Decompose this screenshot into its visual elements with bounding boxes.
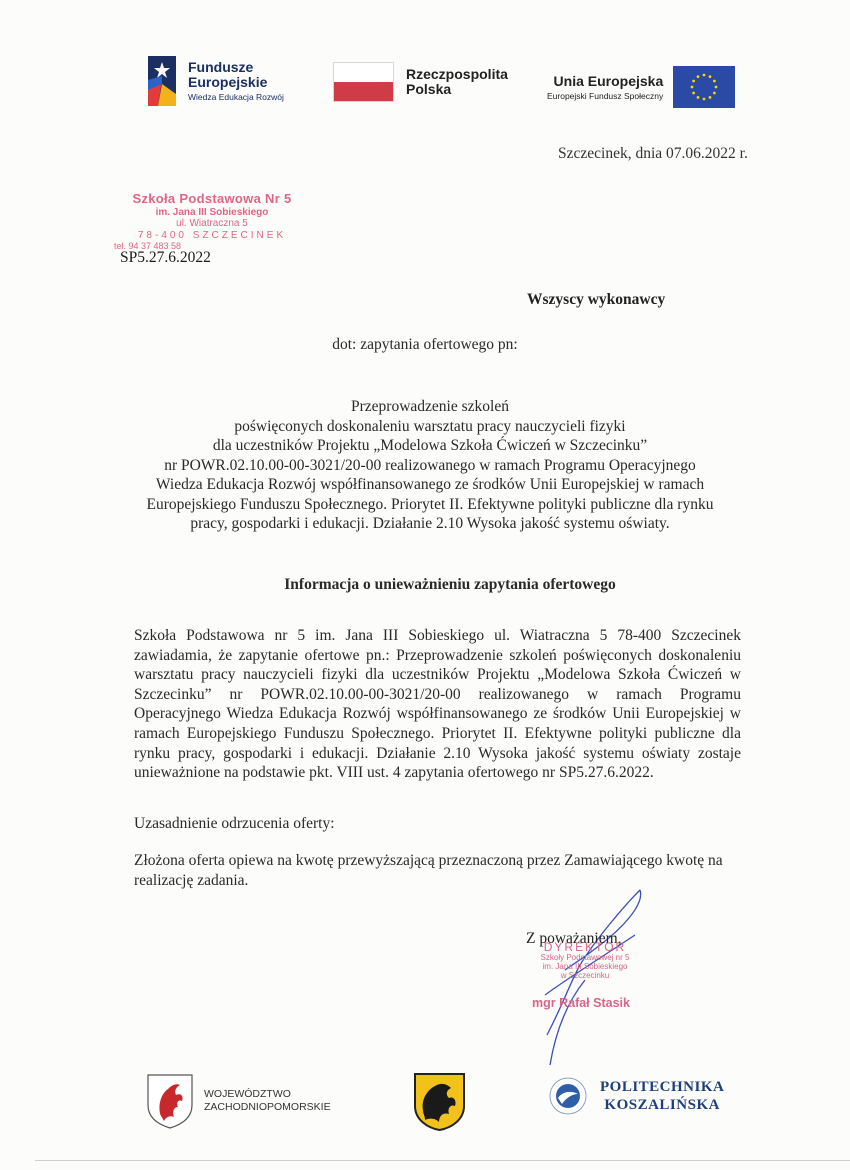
director-stamp: DYREKTOR Szkoły Podstawowej nr 5 im. Jan…	[520, 941, 650, 981]
wz-line2: ZACHODNIOPOMORSKIE	[204, 1101, 331, 1114]
fe-line1: Fundusze	[188, 60, 284, 75]
wojewodztwo-logo: WOJEWÓDZTWO ZACHODNIOPOMORSKIE	[146, 1073, 331, 1129]
griffin-shield-icon	[146, 1073, 194, 1129]
eu-flag-icon	[673, 66, 735, 108]
signer-name: mgr Rafał Stasik	[532, 996, 630, 1010]
fundusze-europejskie-icon	[148, 56, 176, 106]
fundusze-europejskie-logo: Fundusze Europejskie Wiedza Edukacja Roz…	[148, 56, 284, 106]
ue-line2: Europejski Fundusz Społeczny	[547, 91, 663, 101]
rp-line2: Polska	[406, 82, 508, 97]
stamp-street: ul. Wiatraczna 5	[112, 218, 312, 230]
unia-europejska-logo: Unia Europejska Europejski Fundusz Społe…	[547, 66, 735, 108]
subject-line: dla uczestników Projektu „Modelowa Szkoł…	[120, 436, 740, 456]
date-line: Szczecinek, dnia 07.06.2022 r.	[558, 145, 748, 163]
school-stamp: Szkoła Podstawowa Nr 5 im. Jana III Sobi…	[112, 192, 312, 252]
stamp-patron: im. Jana III Sobieskiego	[112, 207, 312, 219]
subject-line: Przeprowadzenie szkoleń	[120, 397, 740, 417]
pk-line1: POLITECHNIKA	[600, 1078, 724, 1096]
politechnika-emblem-icon	[548, 1076, 588, 1116]
subject-line: poświęconych doskonaleniu warsztatu prac…	[120, 417, 740, 437]
rp-line1: Rzeczpospolita	[406, 67, 508, 82]
subject-line: nr POWR.02.10.00-00-3021/20-00 realizowa…	[120, 456, 740, 476]
subject-intro: dot: zapytania ofertowego pn:	[0, 336, 850, 354]
addressee: Wszyscy wykonawcy	[527, 291, 665, 309]
document-page: Fundusze Europejskie Wiedza Edukacja Roz…	[0, 0, 850, 1170]
fe-line3: Wiedza Edukacja Rozwój	[188, 93, 284, 102]
subject-line: Wiedza Edukacja Rozwój współfinansowaneg…	[120, 475, 740, 495]
subject-line: pracy, gospodarki i edukacji. Działanie …	[120, 514, 740, 534]
rzeczpospolita-polska-logo: Rzeczpospolita Polska	[333, 62, 508, 102]
body-paragraph: Szkoła Podstawowa nr 5 im. Jana III Sobi…	[134, 626, 741, 783]
justification-label: Uzasadnienie odrzucenia oferty:	[134, 815, 335, 833]
polish-flag-icon	[333, 62, 394, 102]
director-stamp-line3: w Szczecinku	[520, 972, 650, 981]
wz-line1: WOJEWÓDZTWO	[204, 1088, 331, 1101]
page-edge-line	[35, 1160, 850, 1161]
subject-line: Europejskiego Funduszu Społecznego. Prio…	[120, 495, 740, 515]
ue-line1: Unia Europejska	[547, 73, 663, 89]
stamp-city: 78-400 SZCZECINEK	[112, 230, 312, 242]
politechnika-koszalinska-logo: POLITECHNIKA KOSZALIŃSKA	[548, 1076, 724, 1116]
reference-number: SP5.27.6.2022	[120, 249, 211, 267]
information-title: Informacja o unieważnieniu zapytania ofe…	[0, 576, 850, 594]
stamp-school-name: Szkoła Podstawowa Nr 5	[112, 192, 312, 207]
subject-block: Przeprowadzenie szkoleń poświęconych dos…	[120, 397, 740, 534]
fe-line2: Europejskie	[188, 75, 284, 90]
szczecinek-coat-of-arms-icon	[413, 1072, 466, 1132]
pk-line2: KOSZALIŃSKA	[600, 1096, 724, 1114]
